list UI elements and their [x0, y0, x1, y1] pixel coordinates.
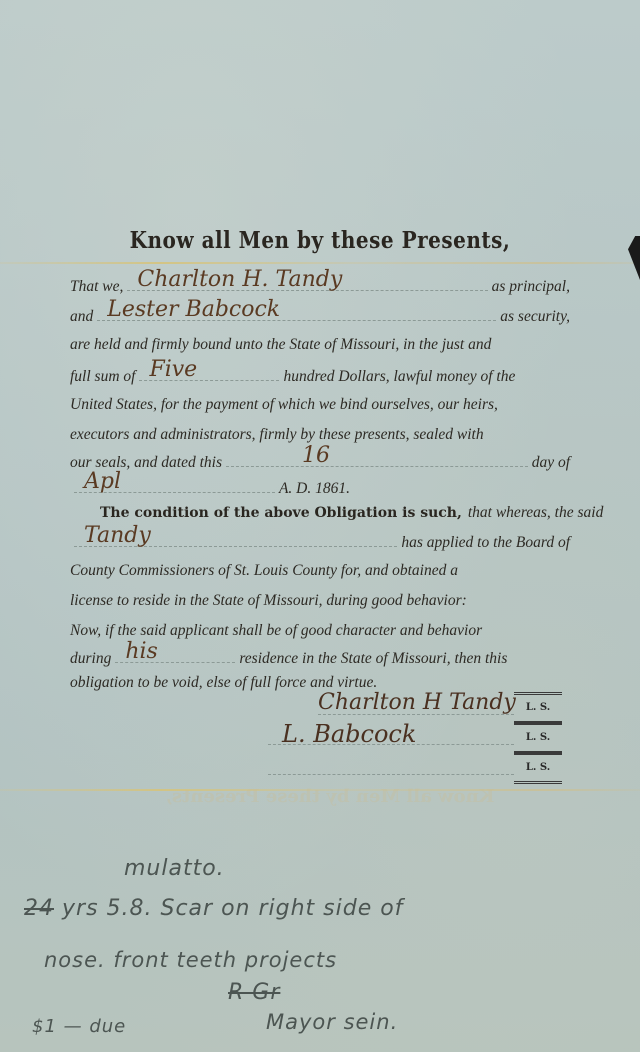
bond-suffix: as principal, [492, 278, 570, 296]
bond-line-principal: That we, Charlton H. Tandy as principal, [70, 276, 570, 298]
pencil-struck-age: 24 [24, 896, 54, 921]
pronoun-value: his [119, 639, 164, 664]
condition-text: that whereas, the said [468, 504, 603, 522]
condition-line-4: license to reside in the State of Missou… [70, 592, 570, 614]
bond-line-security: and Lester Babcock as security, [70, 306, 570, 328]
principal-name: Charlton H. Tandy [131, 267, 348, 292]
condition-suffix: residence in the State of Missouri, then… [239, 650, 507, 668]
condition-heading: The condition of the above Obligation is… [100, 505, 468, 521]
document-heading: Know all Men by these Presents, [100, 226, 540, 254]
signature-security: L. Babcock [282, 720, 416, 748]
month-value: Apl [78, 469, 127, 494]
paper-tear [628, 236, 640, 280]
condition-suffix: has applied to the Board of [401, 534, 570, 552]
bond-suffix: hundred Dollars, lawful money of the [283, 368, 515, 386]
pronoun-field: his [115, 648, 235, 663]
bond-prefix: That we, [70, 278, 123, 296]
pencil-struck-initials: R Gr [228, 980, 280, 1005]
principal-name-field: Charlton H. Tandy [127, 276, 487, 291]
pencil-note-line-2: 24 yrs 5.8. Scar on right side of [24, 896, 403, 921]
pencil-note-fee: $1 — due [32, 1016, 126, 1037]
bond-suffix: as security, [500, 308, 570, 326]
day-field: 16 [226, 452, 528, 467]
signature-line-3 [268, 773, 514, 775]
bond-line-date: our seals, and dated this 16 day of [70, 452, 570, 474]
amount-value: Five [143, 357, 203, 382]
bond-line-3: are held and firmly bound unto the State… [70, 336, 570, 358]
bleed-through-heading: Know all Men by these Presents, [110, 786, 550, 807]
condition-line-3: County Commissioners of St. Louis County… [70, 562, 570, 584]
bond-prefix: full sum of [70, 368, 135, 386]
pencil-note-mayor: Mayor sein. [266, 1010, 398, 1034]
pencil-note-mulatto: mulatto. [124, 856, 225, 881]
bond-prefix: and [70, 308, 93, 326]
bond-line-5: United States, for the payment of which … [70, 396, 570, 418]
seal-3: L. S. [514, 752, 562, 784]
month-field: Apl [74, 478, 275, 493]
bond-line-month-year: Apl A. D. 1861. [70, 478, 350, 500]
condition-line-pronoun: during his residence in the State of Mis… [70, 648, 570, 670]
security-name-field: Lester Babcock [97, 306, 496, 321]
applicant-name: Tandy [78, 523, 157, 548]
document-paper: Know all Men by these Presents, That we,… [0, 0, 640, 1052]
bond-line-amount: full sum of Five hundred Dollars, lawful… [70, 366, 570, 388]
signature-principal: Charlton H Tandy [318, 690, 516, 715]
condition-line-applicant: Tandy has applied to the Board of [70, 532, 570, 554]
condition-line-1: The condition of the above Obligation is… [100, 504, 570, 526]
day-value: 16 [296, 443, 336, 468]
pencil-note-line-3: nose. front teeth projects [44, 948, 337, 972]
fold-line-top [0, 262, 640, 264]
pencil-description: yrs 5.8. Scar on right side of [62, 896, 403, 921]
seal-2: L. S. [514, 722, 562, 754]
applicant-field: Tandy [74, 532, 397, 547]
condition-prefix: during [70, 650, 111, 668]
amount-field: Five [139, 366, 279, 381]
bond-suffix: day of [532, 454, 570, 472]
security-name: Lester Babcock [101, 297, 286, 322]
year-label: A. D. 1861. [279, 480, 350, 498]
seal-1: L. S. [514, 692, 562, 724]
